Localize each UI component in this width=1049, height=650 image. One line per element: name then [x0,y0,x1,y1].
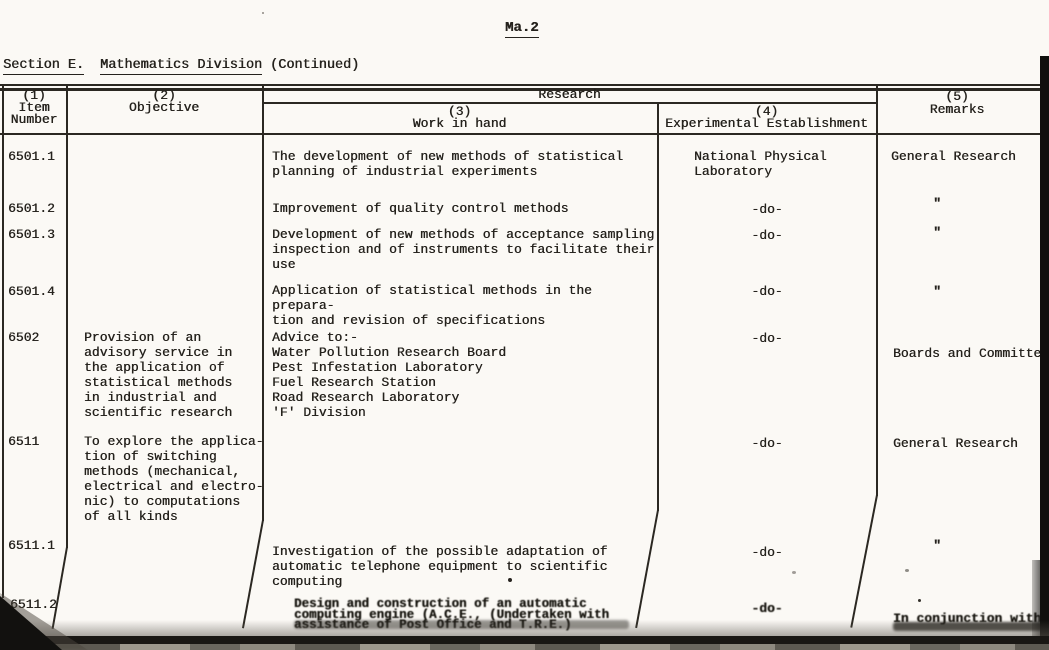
work-6501-3: Development of new methods of acceptance… [272,227,662,272]
header-col3-label: Work in hand [262,117,657,131]
remarks-ditto-6511-1: " [928,538,946,553]
header-col5-label: Remarks [877,103,1037,117]
establishment-6501-4: -do- [660,284,874,299]
establishment-6501-1: National Physical Laboratory [694,149,874,179]
establishment-6502: -do- [660,331,874,346]
remarks-ditto-6501-3: " [928,225,946,240]
section-title: Mathematics Division [100,58,262,75]
remarks-ditto-6501-4: " [928,284,946,299]
header-research-label: Research [262,88,877,102]
col1-col2-divider [66,85,68,548]
section-heading: Section E.Mathematics Division(Continued… [3,58,359,73]
header-col2-label: Objective [66,101,262,115]
header-bottom-rule [0,133,1040,135]
item-number-6501-2: 6501.2 [8,201,55,216]
header-col1-label-line2: Number [2,113,66,127]
remarks-6502: Boards and Committe [893,346,1040,361]
scan-speck [905,569,909,572]
item-number-6501-4: 6501.4 [8,284,55,299]
objective-6511: To explore the applica- tion of switchin… [84,434,264,524]
remarks-6511: General Research [893,436,1041,451]
establishment-6511: -do- [660,436,874,451]
item-number-6502: 6502 [8,330,39,345]
col1-col2-divider-curve [52,547,68,629]
remarks-ditto-6501-2: " [928,196,946,211]
work-6501-1: The development of new methods of statis… [272,149,658,179]
page-number: Ma.2 [505,20,539,38]
scan-bottom-black-band [0,636,1049,644]
scan-speck [262,12,264,14]
scan-bottom-fade [0,620,1049,636]
scan-speck [10,332,12,334]
section-label: Section E. [3,58,84,75]
scan-bottom-gray-band [0,644,1049,650]
header-col4-label: Experimental Establishment [657,117,876,131]
establishment-6511-1: -do- [660,545,874,560]
scanned-document-page: Ma.2 Section E.Mathematics Division(Cont… [0,0,1049,650]
section-suffix: (Continued) [270,58,359,73]
table-left-border [2,85,4,598]
item-number-6501-3: 6501.3 [8,227,55,242]
establishment-6501-2: -do- [660,202,874,217]
item-number-6501-1: 6501.1 [8,149,55,164]
work-6502: Advice to:- Water Pollution Research Boa… [272,330,658,420]
scan-speck [508,578,512,582]
work-6511-1: Investigation of the possible adaptation… [272,544,658,589]
scan-speck [792,571,796,574]
scan-speck [918,599,921,602]
work-6501-2: Improvement of quality control methods [272,201,658,216]
col2-col3-divider-curve [242,520,264,629]
item-number-6511: 6511 [8,434,39,449]
item-number-6511-1: 6511.1 [8,538,55,553]
remarks-6501-1: General Research [891,149,1039,164]
research-underline-rule [262,102,877,104]
establishment-6511-2: -do- [660,601,874,616]
work-6501-4: Application of statistical methods in th… [272,283,662,328]
objective-6502: Provision of an advisory service in the … [84,330,262,420]
establishment-6501-3: -do- [660,228,874,243]
table-top-rule-outer [0,84,1040,86]
col4-col5-divider [876,85,878,496]
